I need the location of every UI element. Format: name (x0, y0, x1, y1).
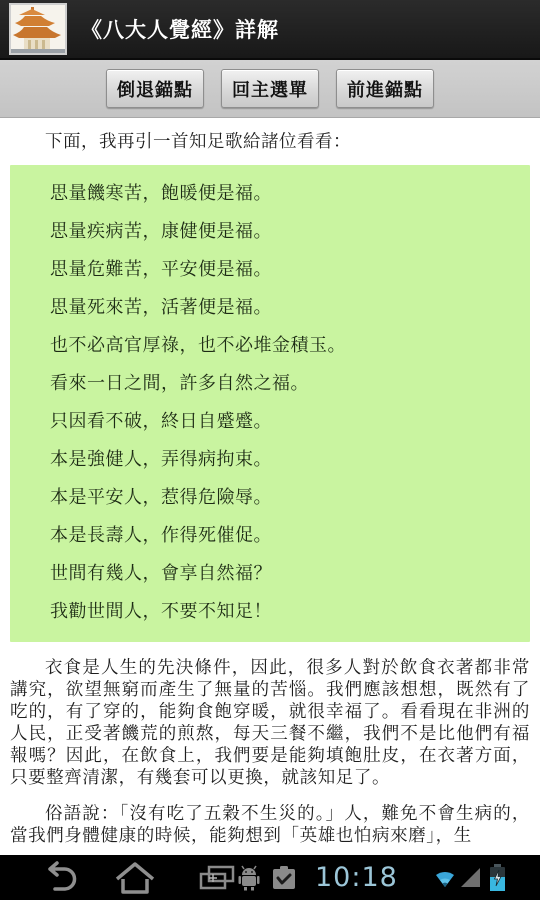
home-button[interactable] (105, 855, 165, 900)
home-icon (111, 861, 159, 895)
poem-line: 世間有幾人，會享自然福？ (50, 554, 522, 592)
reading-content[interactable]: 下面，我再引一首知足歌給諸位看看： 思量饑寒苦，飽暖便是福。 思量疾病苦，康健便… (0, 118, 540, 855)
wifi-icon (433, 866, 457, 890)
time-text: 10:18 (315, 862, 398, 893)
app-header: 《八大人覺經》詳解 (0, 0, 540, 60)
poem-line: 看來一日之間，許多自然之福。 (50, 364, 522, 402)
temple-icon (11, 5, 65, 53)
poem-line: 思量死來苦，活著便是福。 (50, 288, 522, 326)
signal-icon (459, 866, 483, 890)
back-icon (34, 861, 82, 895)
main-menu-button[interactable]: 回主選單 (221, 69, 319, 108)
app-screen: 《八大人覺經》詳解 倒退錨點 回主選單 前進錨點 下面，我再引一首知足歌給諸位看… (0, 0, 540, 900)
battery-status[interactable] (486, 855, 508, 900)
contentment-song-box: 思量饑寒苦，飽暖便是福。 思量疾病苦，康健便是福。 思量危難苦，平安便是福。 思… (10, 165, 530, 642)
poem-line: 思量饑寒苦，飽暖便是福。 (50, 174, 522, 212)
notification-download-complete[interactable] (268, 855, 300, 900)
poem-line: 只因看不破，終日自蹙蹙。 (50, 402, 522, 440)
back-anchor-button[interactable]: 倒退錨點 (106, 69, 204, 108)
body-paragraph: 俗語說：「沒有吃了五穀不生災的。」人，難免不會生病的，當我們身體健康的時候，能夠… (10, 802, 530, 846)
android-system-bar: 10:18 (0, 855, 540, 900)
wifi-status[interactable] (432, 855, 458, 900)
forward-anchor-button[interactable]: 前進錨點 (336, 69, 434, 108)
page-title: 《八大人覺經》詳解 (81, 14, 279, 44)
download-complete-icon (271, 865, 297, 891)
back-button[interactable] (28, 855, 88, 900)
intro-sentence: 下面，我再引一首知足歌給諸位看看： (10, 130, 530, 152)
poem-line: 思量疾病苦，康健便是福。 (50, 212, 522, 250)
notification-usb-debug[interactable] (236, 855, 262, 900)
poem-line: 我勸世間人，不要不知足！ (50, 592, 522, 630)
signal-status[interactable] (458, 855, 484, 900)
anchor-toolbar: 倒退錨點 回主選單 前進錨點 (0, 60, 540, 118)
usb-debug-robot-icon (238, 865, 260, 891)
app-icon-temple (9, 3, 67, 55)
battery-charging-icon (489, 864, 506, 892)
status-clock[interactable]: 10:18 (315, 855, 433, 900)
notification-recent-windows[interactable] (197, 855, 237, 900)
poem-line: 思量危難苦，平安便是福。 (50, 250, 522, 288)
poem-line: 本是強健人，弄得病拘束。 (50, 440, 522, 478)
recent-windows-notification-icon (199, 864, 235, 892)
poem-line: 本是平安人，惹得危險辱。 (50, 478, 522, 516)
poem-line: 本是長壽人，作得死催促。 (50, 516, 522, 554)
poem-line: 也不必高官厚祿，也不必堆金積玉。 (50, 326, 522, 364)
body-paragraph: 衣食是人生的先決條件，因此，很多人對於飲食衣著都非常講究，欲望無窮而產生了無量的… (10, 656, 530, 788)
